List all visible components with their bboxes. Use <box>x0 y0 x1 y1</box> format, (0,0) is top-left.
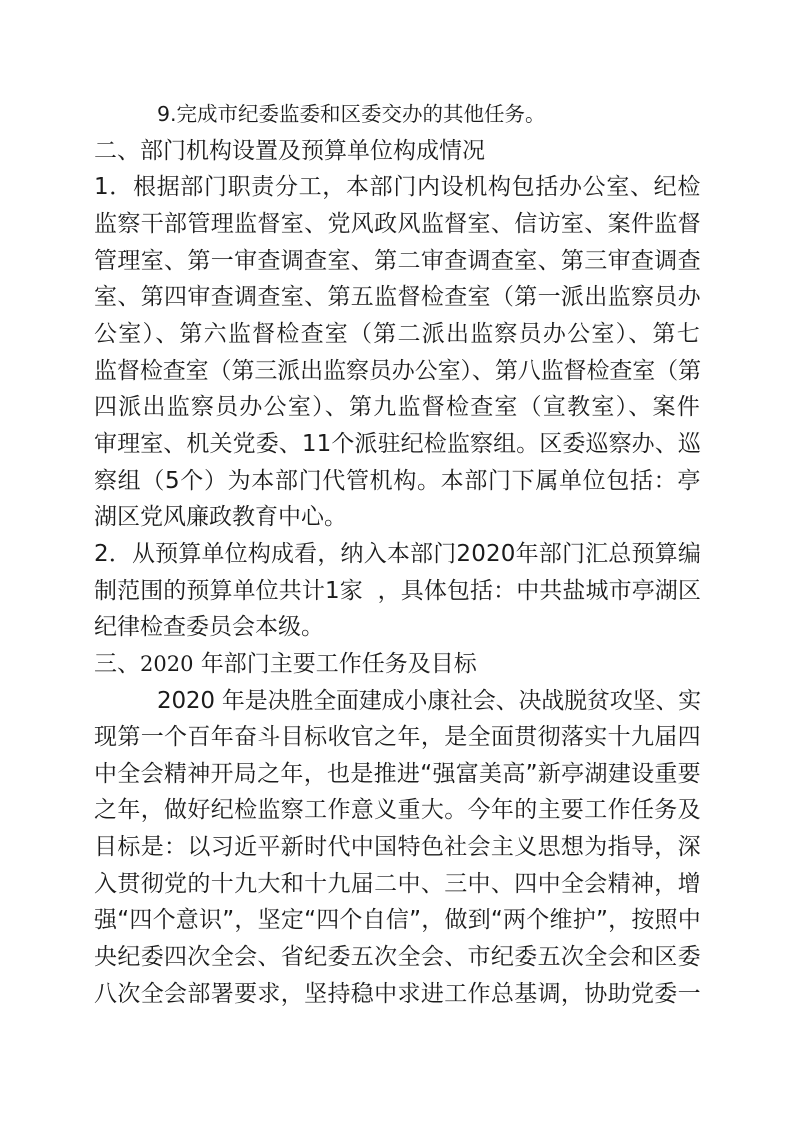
document-text-block: 9.完成市纪委监委和区委交办的其他任务。二、部门机构设置及预算单位构成情况1．根… <box>94 96 701 1012</box>
text-line: 现第一个百年奋斗目标收官之年，是全面贯彻落实十九届四 <box>94 719 701 756</box>
text-line: 管理室、第一审查调查室、第二审查调查室、第三审查调查 <box>94 243 701 280</box>
text-line-content: 管理室、第一审查调查室、第二审查调查室、第三审查调查 <box>94 248 701 274</box>
text-line-content: 二、部门机构设置及预算单位构成情况 <box>94 138 485 164</box>
text-line-content: 监督检查室（第三派出监察员办公室）、第八监督检查室（第 <box>94 358 701 384</box>
text-line-content: 察组（5个）为本部门代管机构。本部门下属单位包括：亭 <box>94 468 701 494</box>
text-line: 八次全会部署要求，坚持稳中求进工作总基调，协助党委一 <box>94 976 701 1013</box>
text-line-content: 9.完成市纪委监委和区委交办的其他任务。 <box>157 102 546 126</box>
text-line: 湖区党风廉政教育中心。 <box>94 499 701 536</box>
text-line: 制范围的预算单位共计1家 ，具体包括：中共盐城市亭湖区 <box>94 573 701 610</box>
text-line-content: 三、2020 年部门主要工作任务及目标 <box>94 651 477 677</box>
text-line: 强“四个意识”，坚定“四个自信”，做到“两个维护”，按照中 <box>94 902 701 939</box>
heading-text: 年部门主要工作任务及目标 <box>193 651 476 677</box>
text-line: 纪律检查委员会本级。 <box>94 609 701 646</box>
text-line-content: 湖区党风廉政教育中心。 <box>94 504 347 530</box>
text-line: 之年，做好纪检监察工作意义重大。今年的主要工作任务及 <box>94 792 701 829</box>
text-line-content: 强“四个意识”，坚定“四个自信”，做到“两个维护”，按照中 <box>94 907 701 933</box>
text-line: 四派出监察员办公室）、第九监督检查室（宣教室）、案件 <box>94 389 701 426</box>
text-line-content: 之年，做好纪检监察工作意义重大。今年的主要工作任务及 <box>94 797 701 823</box>
text-line: 1．根据部门职责分工，本部门内设机构包括办公室、纪检 <box>94 169 701 206</box>
text-line: 2．从预算单位构成看，纳入本部门2020年部门汇总预算编 <box>94 536 701 573</box>
text-line: 央纪委四次全会、省纪委五次全会、市纪委五次全会和区委 <box>94 939 701 976</box>
document-page: 9.完成市纪委监委和区委交办的其他任务。二、部门机构设置及预算单位构成情况1．根… <box>0 0 794 1123</box>
text-line: 审理室、机关党委、11个派驻纪检监察组。区委巡察办、巡 <box>94 426 701 463</box>
text-line-content: 目标是：以习近平新时代中国特色社会主义思想为指导，深 <box>94 834 701 860</box>
text-line-content: 监察干部管理监督室、党风政风监督室、信访室、案件监督 <box>94 211 701 237</box>
text-line: 三、2020 年部门主要工作任务及目标 <box>94 646 701 683</box>
text-line-content: 制范围的预算单位共计1家 ，具体包括：中共盐城市亭湖区 <box>94 578 701 604</box>
text-line: 公室）、第六监督检查室（第二派出监察员办公室）、第七 <box>94 316 701 353</box>
text-line: 9.完成市纪委监委和区委交办的其他任务。 <box>94 96 701 133</box>
text-line: 监察干部管理监督室、党风政风监督室、信访室、案件监督 <box>94 206 701 243</box>
text-line-content: 2020 年是决胜全面建成小康社会、决战脱贫攻坚、实 <box>157 688 701 714</box>
text-line: 入贯彻党的十九大和十九届二中、三中、四中全会精神，增 <box>94 866 701 903</box>
text-line: 室、第四审查调查室、第五监督检查室（第一派出监察员办 <box>94 279 701 316</box>
text-line-content: 四派出监察员办公室）、第九监督检查室（宣教室）、案件 <box>94 394 701 420</box>
text-line-content: 2．从预算单位构成看，纳入本部门2020年部门汇总预算编 <box>94 541 701 567</box>
text-line-content: 室、第四审查调查室、第五监督检查室（第一派出监察员办 <box>94 284 701 310</box>
text-line-content: 央纪委四次全会、省纪委五次全会、市纪委五次全会和区委 <box>94 944 701 970</box>
text-line-content: 审理室、机关党委、11个派驻纪检监察组。区委巡察办、巡 <box>94 431 701 457</box>
text-line: 二、部门机构设置及预算单位构成情况 <box>94 133 701 170</box>
text-line-content: 1．根据部门职责分工，本部门内设机构包括办公室、纪检 <box>94 174 701 200</box>
text-line: 2020 年是决胜全面建成小康社会、决战脱贫攻坚、实 <box>94 683 701 720</box>
text-line-content: 八次全会部署要求，坚持稳中求进工作总基调，协助党委一 <box>94 981 701 1007</box>
text-line: 中全会精神开局之年，也是推进“强富美高”新亭湖建设重要 <box>94 756 701 793</box>
text-line-content: 现第一个百年奋斗目标收官之年，是全面贯彻落实十九届四 <box>94 724 701 750</box>
serif-year-number: 2020 <box>140 652 193 676</box>
text-line-content: 公室）、第六监督检查室（第二派出监察员办公室）、第七 <box>94 321 701 347</box>
text-line: 监督检查室（第三派出监察员办公室）、第八监督检查室（第 <box>94 353 701 390</box>
heading-text: 三、 <box>94 651 140 677</box>
text-line-content: 纪律检查委员会本级。 <box>94 614 324 640</box>
text-line-content: 入贯彻党的十九大和十九届二中、三中、四中全会精神，增 <box>94 871 701 897</box>
text-line: 目标是：以习近平新时代中国特色社会主义思想为指导，深 <box>94 829 701 866</box>
text-line: 察组（5个）为本部门代管机构。本部门下属单位包括：亭 <box>94 463 701 500</box>
text-line-content: 中全会精神开局之年，也是推进“强富美高”新亭湖建设重要 <box>94 761 701 787</box>
